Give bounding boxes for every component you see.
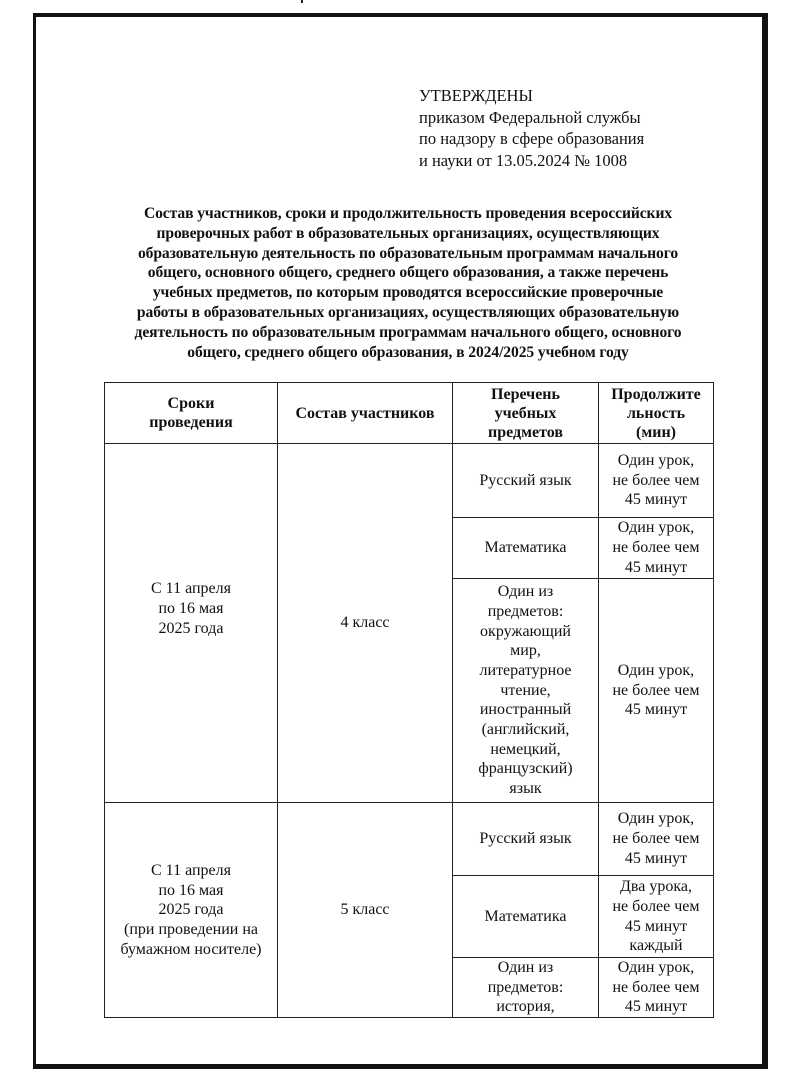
header-duration: Продолжите льность (мин): [599, 383, 714, 444]
header-dates: Сроки проведения: [105, 383, 278, 444]
table-header-row: Сроки проведения Состав участников Переч…: [105, 383, 714, 444]
participants-cell: 4 класс: [278, 444, 453, 803]
header-participants: Состав участников: [278, 383, 453, 444]
title-line: работы в образовательных организациях, о…: [88, 303, 728, 323]
scan-mark: [301, 0, 303, 3]
document-title: Состав участников, сроки и продолжительн…: [88, 204, 728, 362]
table-row: С 11 апреля по 16 мая 2025 года 4 класс …: [105, 444, 714, 518]
subject-cell: Один из предметов: окружающий мир, литер…: [453, 579, 599, 803]
duration-cell: Один урок, не более чем 45 минут: [599, 518, 714, 579]
title-line: деятельность по образовательным программ…: [88, 323, 728, 343]
subject-cell: Русский язык: [453, 803, 599, 876]
schedule-table: Сроки проведения Состав участников Переч…: [104, 382, 714, 1018]
dates-cell: С 11 апреля по 16 мая 2025 года (при про…: [105, 803, 278, 1018]
title-line: образовательную деятельность по образова…: [88, 244, 728, 264]
participants-cell: 5 класс: [278, 803, 453, 1018]
dates-cell: С 11 апреля по 16 мая 2025 года: [105, 444, 278, 803]
approval-stamp: УТВЕРЖДЕНЫ приказом Федеральной службы п…: [419, 85, 644, 171]
approval-line: приказом Федеральной службы: [419, 107, 644, 129]
table-row: С 11 апреля по 16 мая 2025 года (при про…: [105, 803, 714, 876]
duration-cell: Один урок, не более чем 45 минут: [599, 579, 714, 803]
approval-line: по надзору в сфере образования: [419, 128, 644, 150]
approval-line: УТВЕРЖДЕНЫ: [419, 85, 644, 107]
header-subjects: Перечень учебных предметов: [453, 383, 599, 444]
approval-line: и науки от 13.05.2024 № 1008: [419, 150, 644, 172]
title-line: общего, среднего общего образования, в 2…: [88, 343, 728, 363]
duration-cell: Один урок, не более чем 45 минут: [599, 444, 714, 518]
subject-cell: Русский язык: [453, 444, 599, 518]
subject-cell: Математика: [453, 518, 599, 579]
title-line: проверочных работ в образовательных орга…: [88, 224, 728, 244]
title-line: общего, основного общего, среднего общег…: [88, 263, 728, 283]
duration-cell: Один урок, не более чем 45 минут: [599, 958, 714, 1018]
duration-cell: Один урок, не более чем 45 минут: [599, 803, 714, 876]
subject-cell: Один из предметов: история,: [453, 958, 599, 1018]
title-line: учебных предметов, по которым проводятся…: [88, 283, 728, 303]
subject-cell: Математика: [453, 876, 599, 958]
title-line: Состав участников, сроки и продолжительн…: [88, 204, 728, 224]
duration-cell: Два урока, не более чем 45 минут каждый: [599, 876, 714, 958]
